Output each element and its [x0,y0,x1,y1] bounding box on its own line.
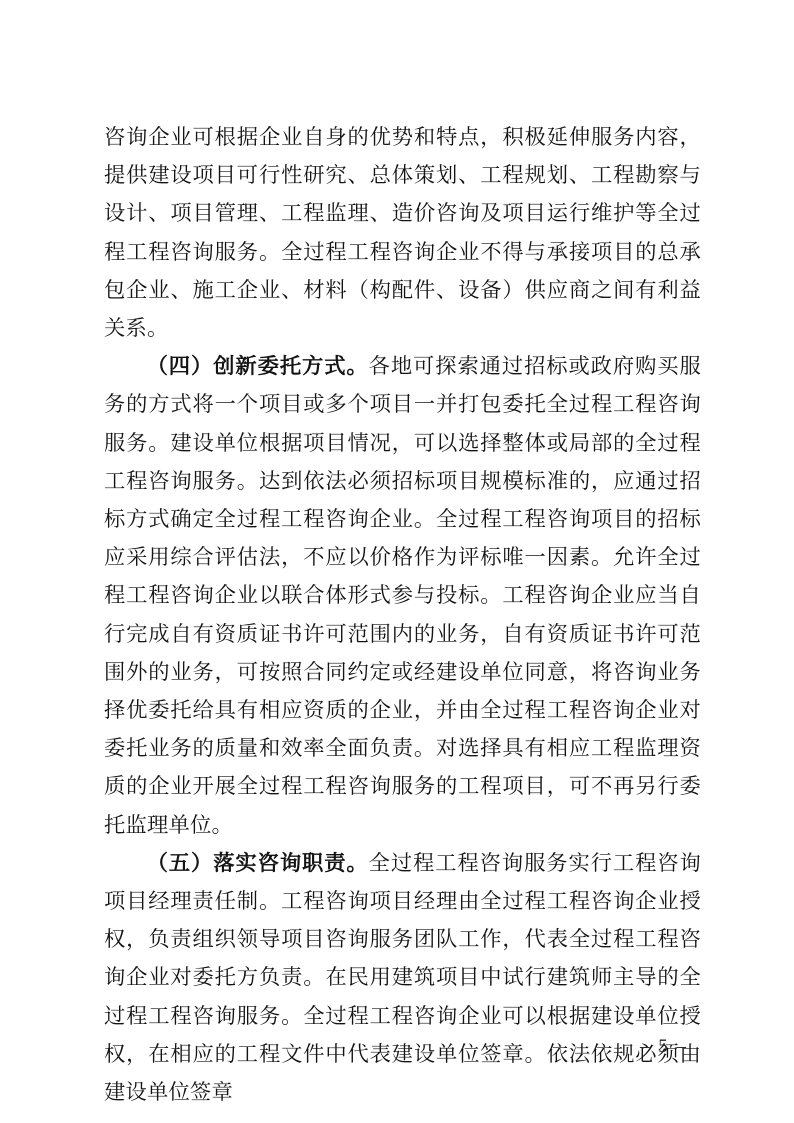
paragraph-text: 咨询企业可根据企业自身的优势和特点，积极延伸服务内容，提供建设项目可行性研究、总… [104,125,701,340]
document-body: 咨询企业可根据企业自身的优势和特点，积极延伸服务内容，提供建设项目可行性研究、总… [104,118,701,1111]
paragraph-section-4: （四）创新委托方式。各地可探索通过招标或政府购买服务的方式将一个项目或多个项目一… [104,347,701,844]
paragraph-section-5: （五）落实咨询职责。全过程工程咨询服务实行工程咨询项目经理责任制。工程咨询项目经… [104,844,701,1111]
document-page: 咨询企业可根据企业自身的优势和特点，积极延伸服务内容，提供建设项目可行性研究、总… [0,0,794,1123]
paragraph-text: 全过程工程咨询服务实行工程咨询项目经理责任制。工程咨询项目经理由全过程工程咨询企… [104,851,701,1104]
page-number: – 5 – [626,1034,702,1060]
section-5-heading: （五）落实咨询职责。 [147,851,369,875]
paragraph-continuation: 咨询企业可根据企业自身的优势和特点，积极延伸服务内容，提供建设项目可行性研究、总… [104,118,701,347]
section-4-heading: （四）创新委托方式。 [147,354,369,378]
paragraph-text: 各地可探索通过招标或政府购买服务的方式将一个项目或多个项目一并打包委托全过程工程… [104,354,701,836]
